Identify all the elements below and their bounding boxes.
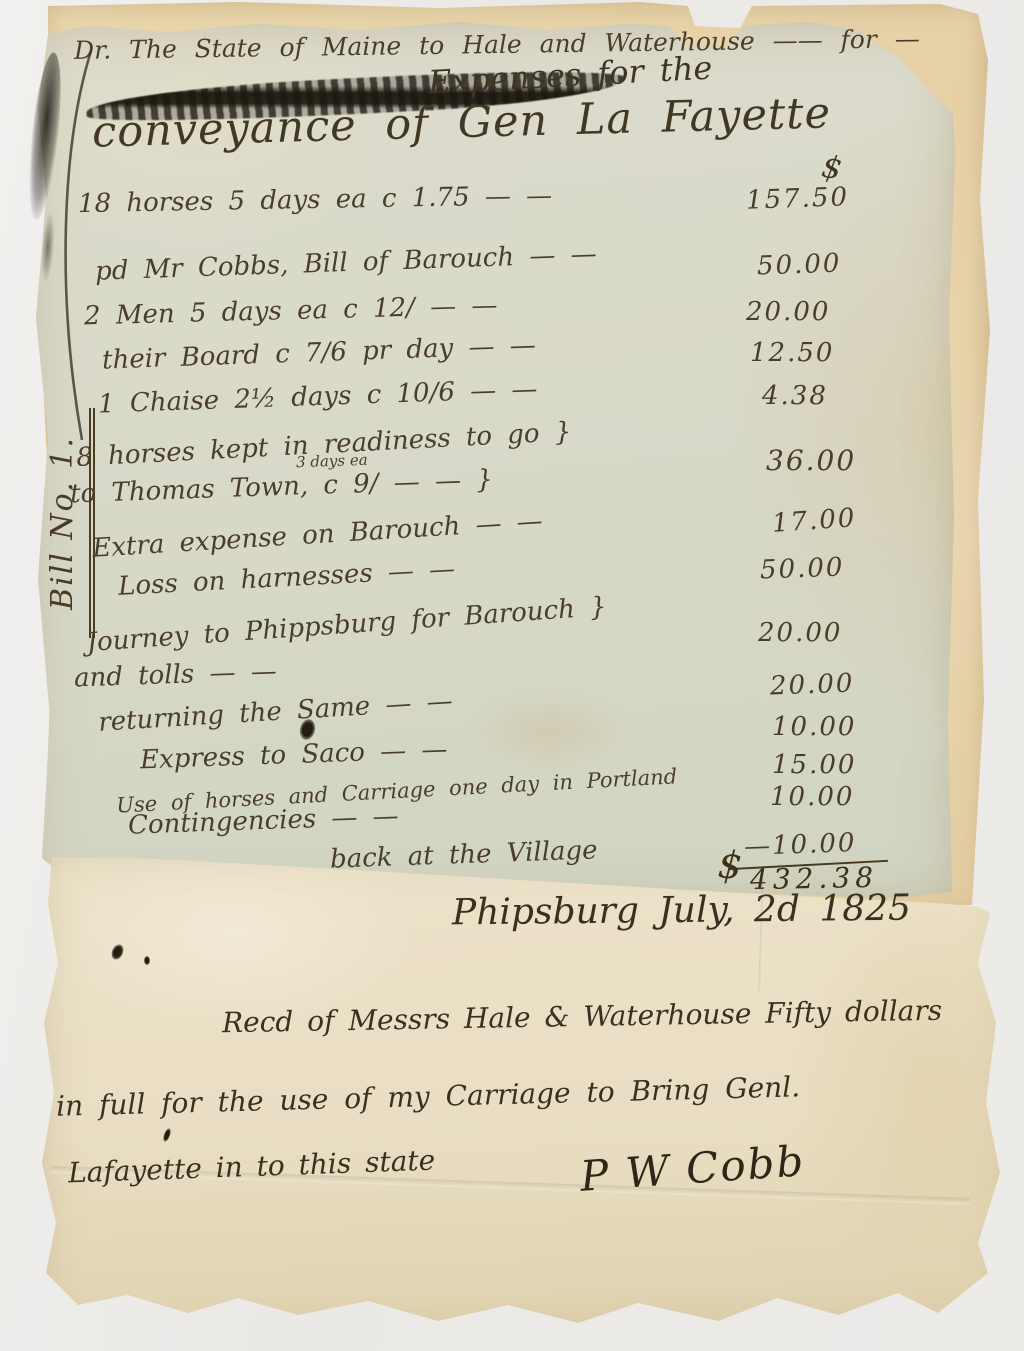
bill-item-amount: 10.00 bbox=[770, 782, 854, 812]
bill-item-amount: 157.50 bbox=[746, 182, 850, 216]
bill-item-amount: 20.00 bbox=[746, 297, 830, 327]
ink-blot bbox=[144, 956, 150, 965]
bill-item-amount: 20.00 bbox=[770, 669, 855, 702]
bill-item-amount: 20.00 bbox=[758, 618, 842, 648]
bill-item-rate-note: 3 days ea bbox=[296, 451, 368, 471]
total-dollar-sign: $ bbox=[716, 842, 743, 888]
bill-item-amount: 12.50 bbox=[750, 338, 834, 368]
bill-item-amount: 17.00 bbox=[771, 503, 857, 539]
bill-item-amount: —10.00 bbox=[744, 828, 857, 862]
receipt-dateline: Phipsburg July, 2d 1825 bbox=[452, 888, 911, 934]
bill-item-amount: 4.38 bbox=[762, 381, 828, 411]
scanned-document: Dr. The State of Maine to Hale and Water… bbox=[0, 0, 1024, 1351]
bill-item-amount: 36.00 bbox=[766, 444, 856, 477]
margin-bracket-stroke bbox=[55, 48, 107, 444]
bill-item-amount: 50.00 bbox=[757, 249, 842, 282]
bill-item-amount: 50.00 bbox=[760, 553, 845, 586]
bill-item-amount: 10.00 bbox=[772, 712, 856, 742]
bill-item-amount: 15.00 bbox=[772, 750, 856, 780]
